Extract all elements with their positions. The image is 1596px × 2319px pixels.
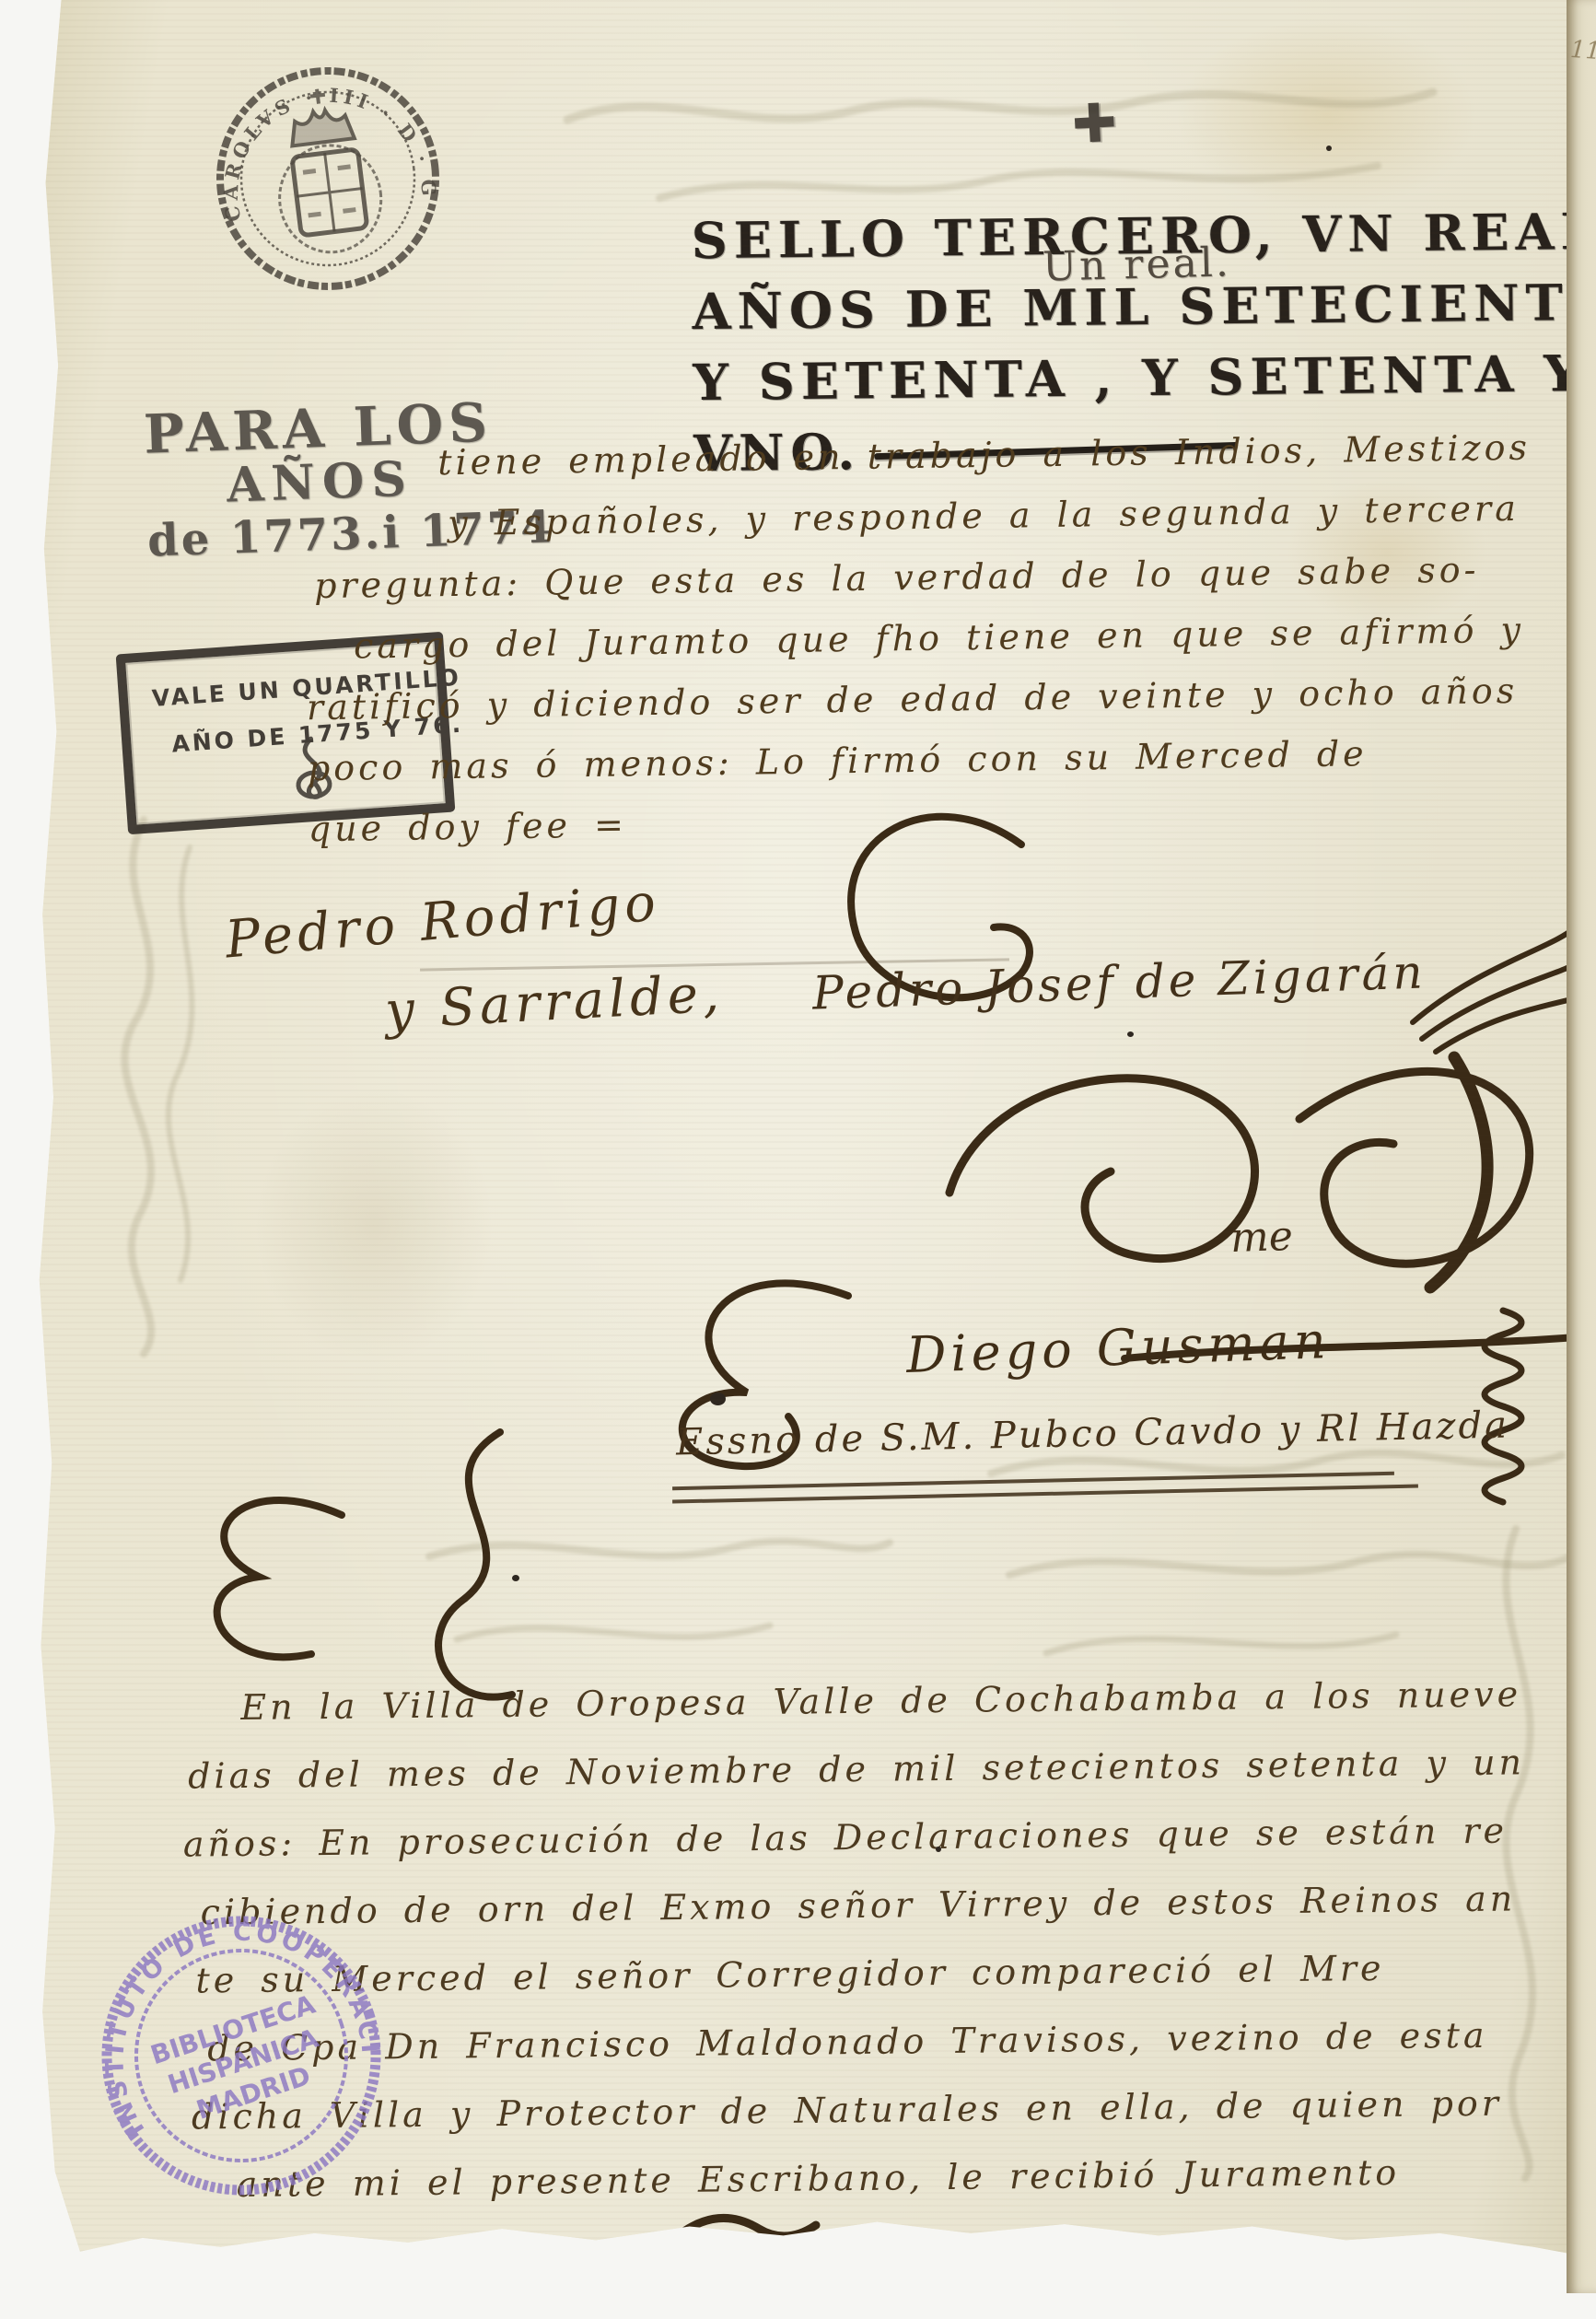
ink-speck [1326, 146, 1332, 151]
closing-flourish [630, 2203, 961, 2277]
royal-seal-stamp: CAROLVS · III · D · G · HISPANIARVM · RE… [196, 47, 459, 309]
bleed-through-marks [70, 810, 227, 1363]
facing-page-edge [1567, 0, 1596, 2293]
ink-speck [1127, 1031, 1134, 1037]
signature-pedro-rodrigo-line2: y Sarralde, [384, 963, 726, 1041]
ink-blot [710, 1393, 726, 1405]
manuscript-paragraph-1: tiene empleado en trabajo a los Indios, … [299, 417, 1536, 860]
large-rubric-flourish [913, 1031, 1576, 1317]
folio-number: 11 [1569, 36, 1596, 65]
signature-pedro-rodrigo: Pedro Rodrigo [223, 872, 662, 970]
manuscript-paper-sheet: CAROLVS · III · D · G · HISPANIARVM · RE… [33, 0, 1596, 2286]
bleed-through-marks [549, 37, 1451, 221]
rubric-word-me: me [1229, 1213, 1294, 1262]
printed-cross-icon: ✚ [1070, 91, 1118, 156]
heading-line-3: Y SETENTA , Y SETENTA Y [693, 338, 1596, 418]
paper-stain [254, 1087, 494, 1363]
scanned-manuscript-page: { "document": { "folio": "11", "seal": {… [0, 0, 1596, 2319]
ink-speck [936, 1847, 941, 1852]
heading-line-2: AÑOS DE MIL SETECIENTOS [692, 267, 1596, 347]
margin-paraph-flourish [171, 1474, 379, 1681]
heading-line-1: SELLO TERCERO, VN REAL, [691, 196, 1596, 276]
ink-speck [512, 1575, 519, 1581]
